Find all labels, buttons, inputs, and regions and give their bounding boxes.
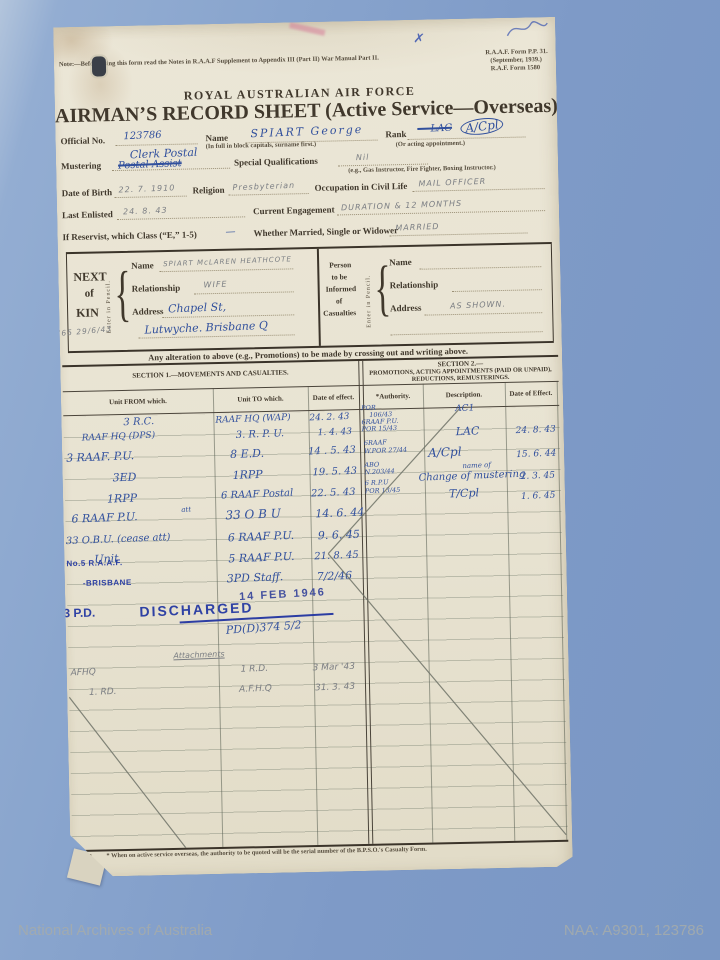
dob-value: 22. 7. 1910 (118, 183, 175, 194)
nok-address-label: Address (132, 306, 164, 317)
nok-relationship-value: WIFE (203, 280, 227, 290)
nok-heading-2: of (85, 288, 94, 300)
pti-heading-4: of (336, 296, 342, 305)
reservist-value: — (225, 226, 235, 237)
rule (413, 187, 545, 192)
nok-address-line1: Chapel St, (168, 300, 227, 315)
name-value: SPIART George (250, 123, 363, 140)
pti-relationship-label: Relationship (390, 279, 439, 290)
mustering-label: Mustering (61, 160, 101, 171)
nok-name-value: SPIART McLAREN HEATHCOTE (163, 255, 292, 268)
rule (424, 311, 542, 315)
rule (408, 135, 526, 139)
nok-relationship-label: Relationship (132, 283, 181, 294)
pen-scribble (505, 17, 549, 40)
form-ref-1: R.A.A.F. Form P.P. 31. (485, 48, 548, 56)
rule (390, 231, 528, 236)
movements-promotions-table: SECTION 1.—MOVEMENTS AND CASUALTIES. SEC… (62, 355, 568, 852)
nok-brace: { (114, 259, 132, 330)
pen-x-mark: ✗ (413, 31, 426, 47)
current-engagement-label: Current Engagement (253, 204, 335, 216)
occupation-value: MAIL OFFICER (418, 177, 486, 189)
last-enlisted-label: Last Enlisted (62, 209, 113, 220)
box-divider (317, 249, 321, 346)
nok-heading-1: NEXT (73, 269, 107, 285)
occupation-label: Occupation in Civil Life (314, 181, 407, 193)
rule (159, 267, 293, 272)
pencil-diagonal-lines (62, 357, 568, 850)
form-note: Note:—Before using this form read the No… (59, 54, 399, 69)
official-no-value: 123786 (123, 130, 162, 142)
name-sublabel: (In full in block capitals, surname firs… (206, 141, 317, 150)
photo-of-record-sheet: Note:—Before using this form read the No… (0, 0, 720, 960)
rule (229, 192, 309, 196)
pti-address-label: Address (390, 303, 422, 314)
rank-sublabel: (Or acting appointment.) (396, 140, 466, 148)
nok-heading-3: KIN (76, 305, 99, 320)
married-label: Whether Married, Single or Widower (253, 225, 398, 238)
special-qualifications-label: Special Qualifications (234, 156, 318, 168)
pti-heading-5: Casualties (323, 308, 356, 318)
next-of-kin-box: NEXT of KIN Enter in Pencil. { Name SPIA… (66, 242, 554, 353)
pti-heading-3: Informed (326, 284, 357, 294)
rank-struck-value: — LAC (417, 123, 452, 135)
punch-hole (92, 56, 106, 76)
rank-label: Rank (385, 129, 406, 139)
nok-name-label: Name (131, 260, 154, 270)
form-ref-3: R.A.F. Form 1580 (491, 64, 541, 72)
rule (194, 290, 294, 294)
pti-heading-2: to be (331, 272, 347, 281)
rule (391, 330, 543, 335)
pti-name-label: Name (389, 257, 412, 267)
pti-address-value: AS SHOWN. (450, 299, 506, 310)
reservist-label: If Reservist, which Class (“E,” 1-5) (62, 229, 196, 242)
religion-value: Presbyterian (232, 181, 295, 192)
pti-enter-in-pencil: Enter in Pencil. (365, 262, 372, 328)
form-ref-2: (September, 1939.) (490, 56, 542, 64)
mustering-value: Clerk Postal (130, 146, 198, 162)
dob-label: Date of Birth (62, 187, 113, 198)
married-value: MARRIED (395, 222, 439, 233)
official-no-label: Official No. (60, 135, 105, 146)
archive-watermark-left: National Archives of Australia (18, 922, 212, 939)
last-enlisted-value: 24. 8. 43 (123, 206, 168, 217)
rule (117, 215, 245, 220)
pink-stain (289, 22, 325, 36)
rule (115, 195, 187, 199)
archive-watermark-right: NAA: A9301, 123786 (564, 922, 704, 939)
record-sheet-paper: Note:—Before using this form read the No… (53, 17, 573, 877)
pti-heading-1: Person (329, 260, 351, 269)
name-label: Name (205, 133, 228, 143)
religion-label: Religion (192, 185, 224, 196)
rule (419, 265, 541, 270)
rule (452, 288, 542, 292)
special-qualifications-value: Nil (356, 153, 370, 163)
